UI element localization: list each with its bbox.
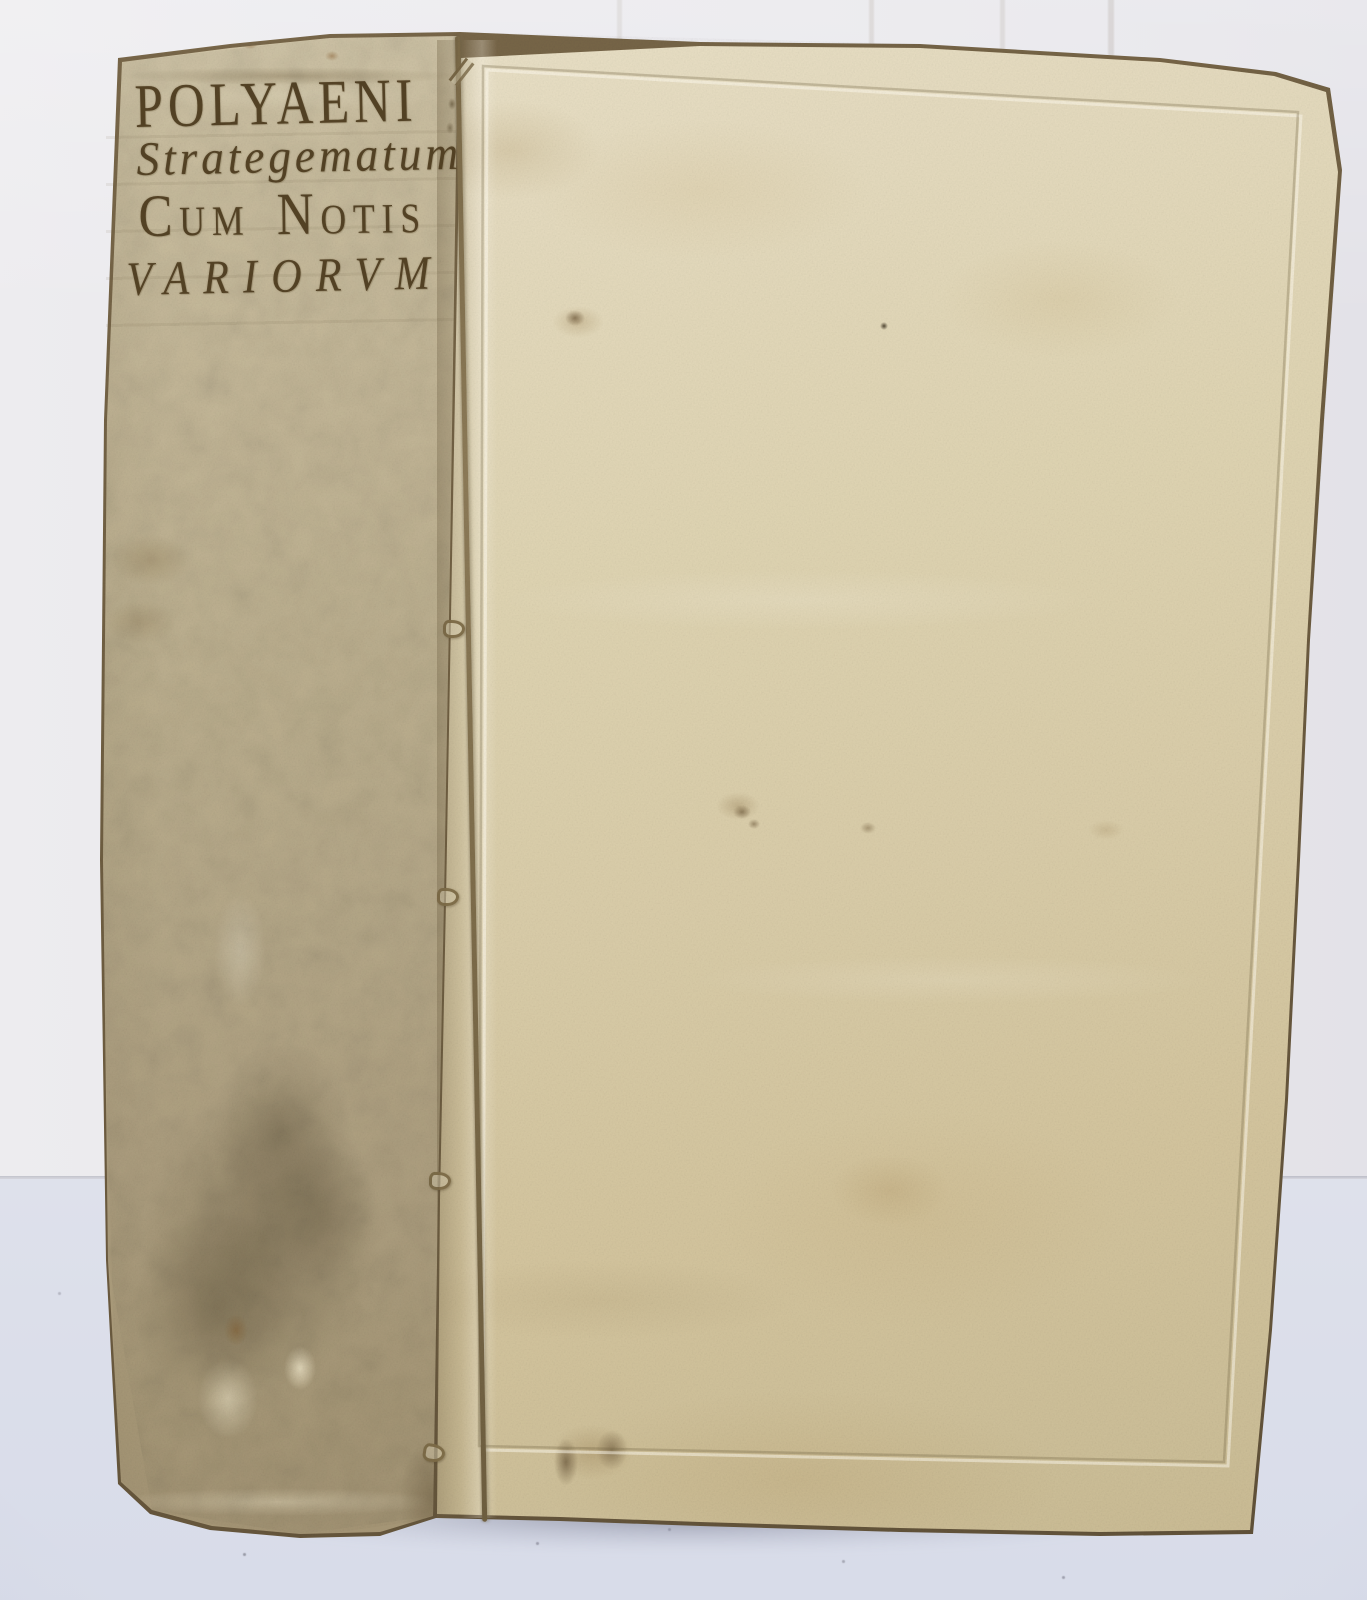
vellum-grain-texture: [0, 0, 1367, 1600]
book-photo: POLYAENI Strategematum Cum Notis VARIORV…: [0, 0, 1367, 1600]
